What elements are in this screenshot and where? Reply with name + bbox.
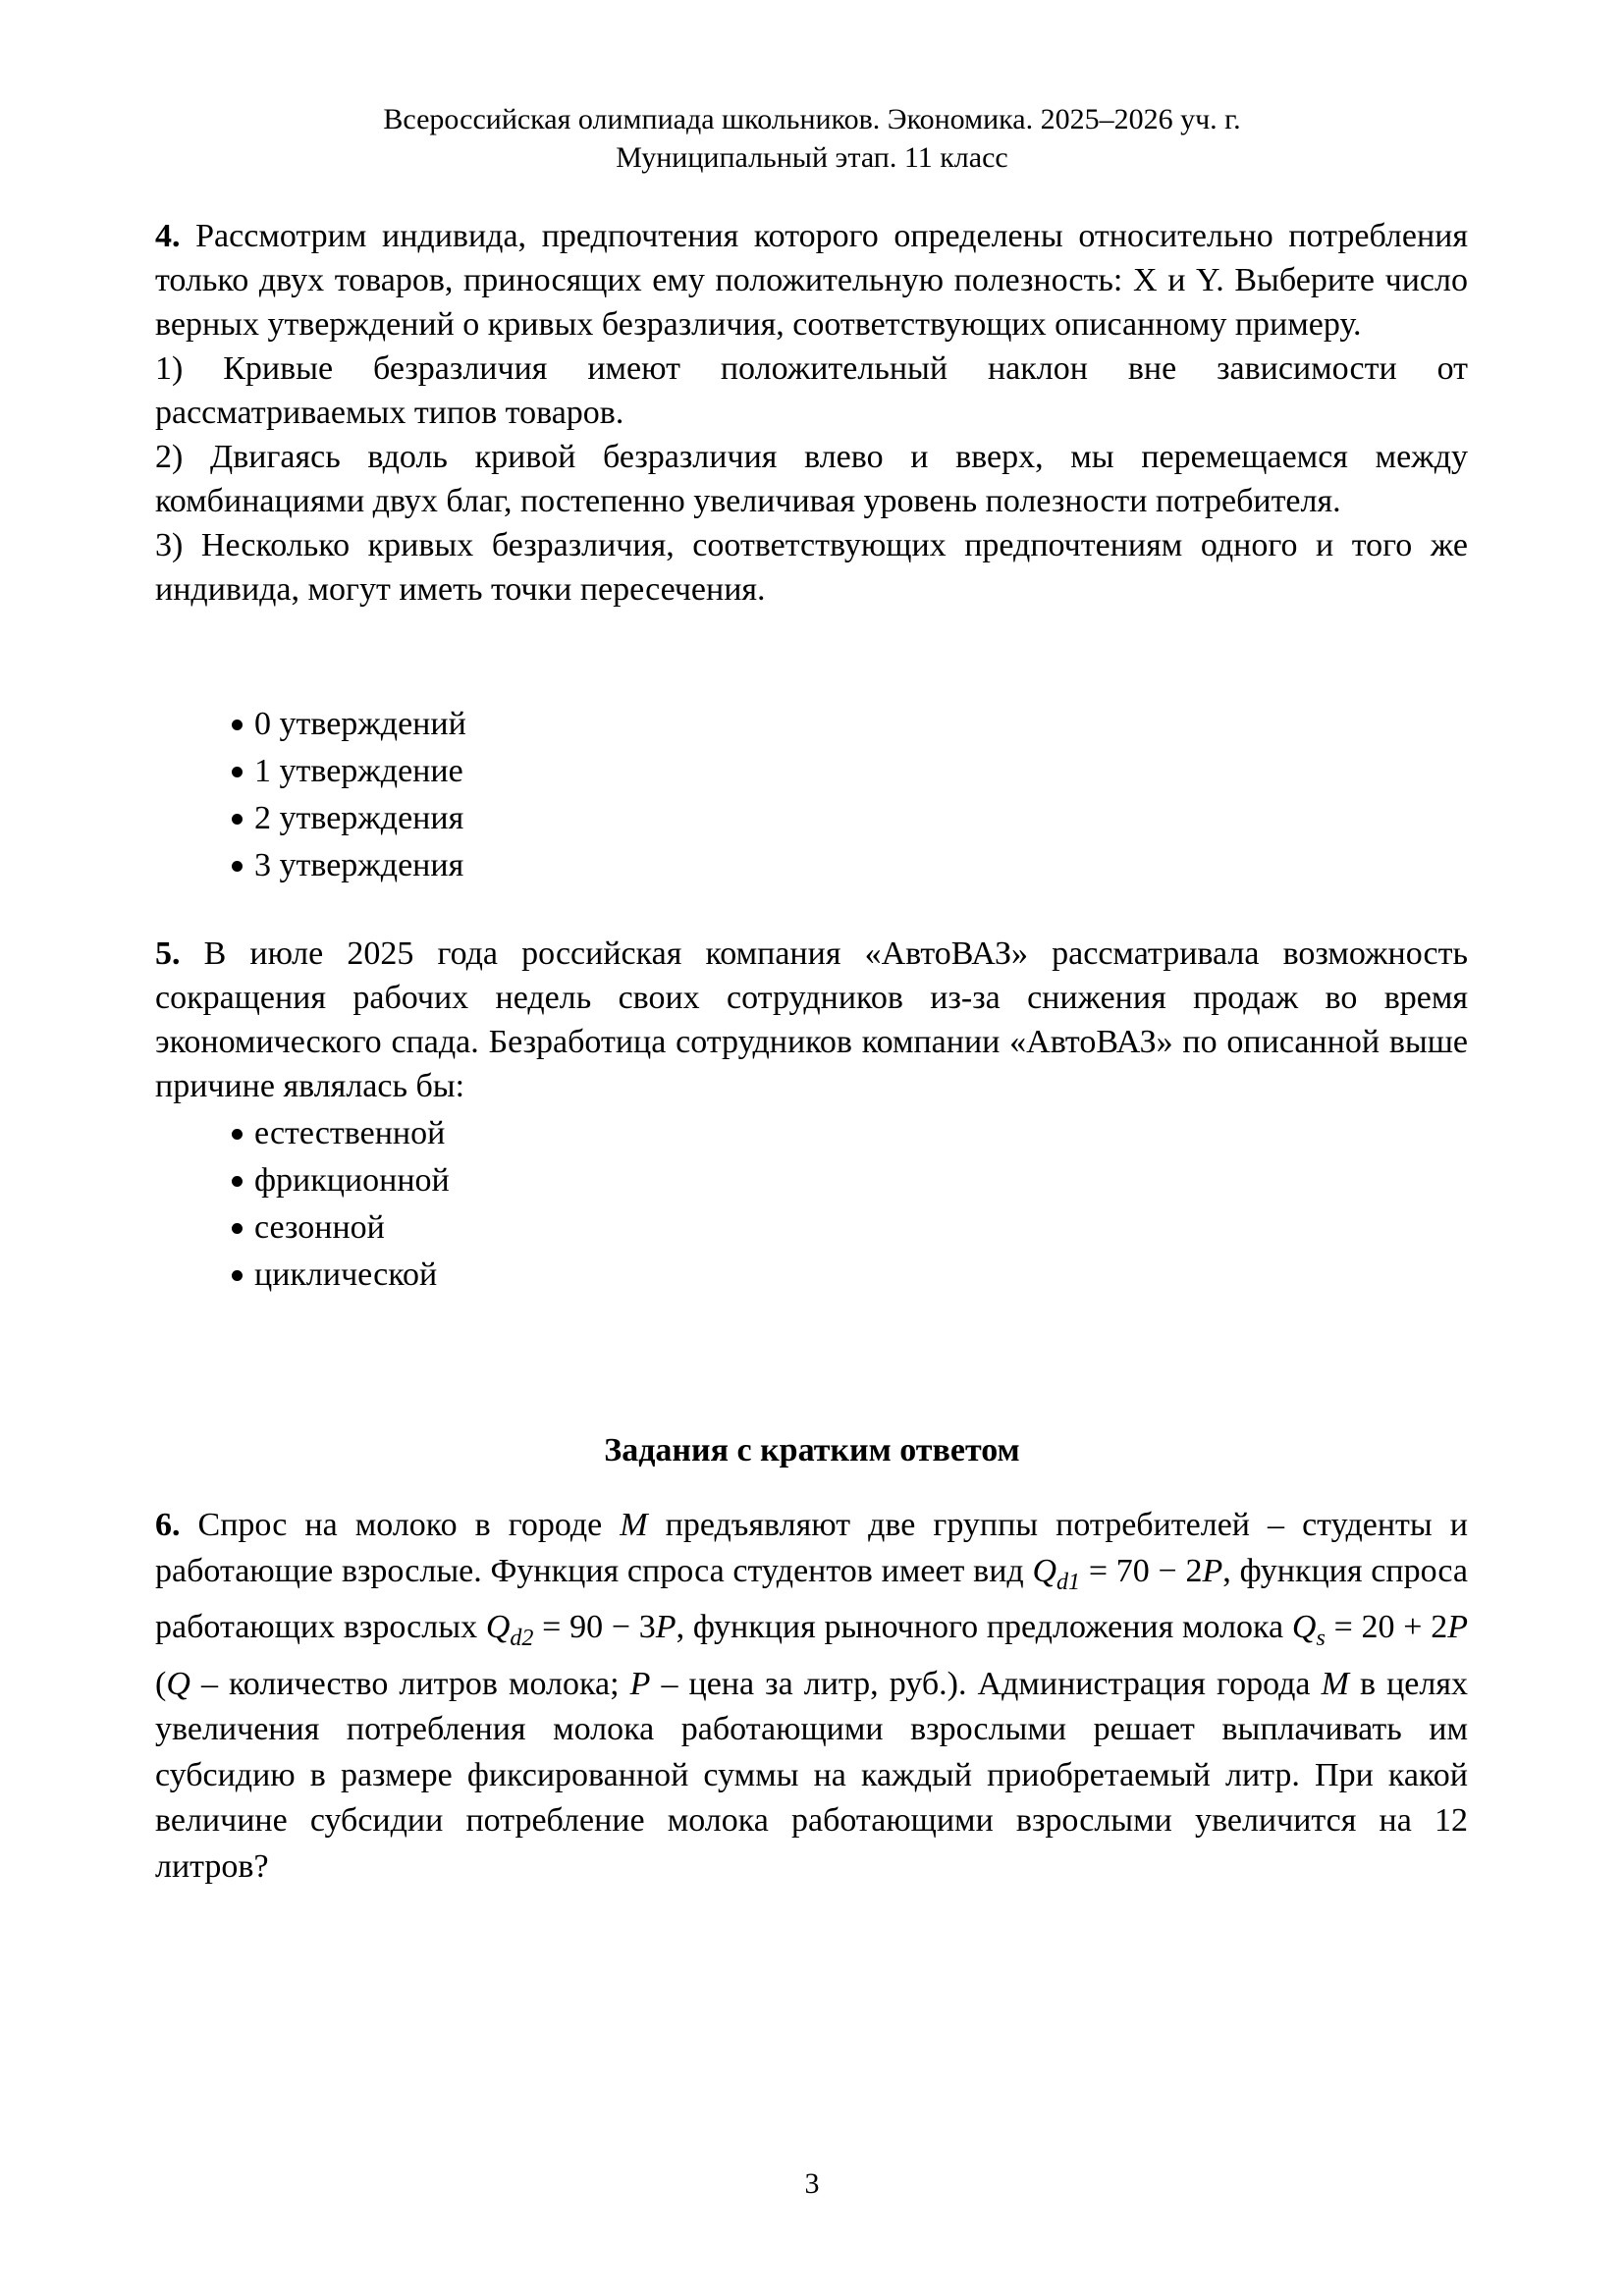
question-4-text: 4. Рассмотрим индивида, предпочтения кот… — [155, 214, 1468, 347]
formula-supply: Qs — [1292, 1609, 1326, 1645]
header-stage: Муниципальный этап. 11 класс — [0, 138, 1624, 177]
bullet-icon — [232, 1176, 243, 1187]
option[interactable]: 0 утверждений — [226, 701, 466, 748]
option[interactable]: 1 утверждение — [226, 748, 466, 795]
question-number: 6. — [155, 1507, 181, 1543]
formula-demand-students: Qd1 — [1032, 1553, 1080, 1589]
option[interactable]: сезонной — [226, 1204, 450, 1252]
statement-2: 2) Двигаясь вдоль кривой безразличия вле… — [155, 435, 1468, 523]
bullet-icon — [232, 767, 243, 777]
option[interactable]: 3 утверждения — [226, 842, 466, 889]
header-olympiad-title: Всероссийская олимпиада школьников. Экон… — [0, 100, 1624, 138]
option[interactable]: естественной — [226, 1110, 450, 1157]
section-heading: Задания с кратким ответом — [0, 1428, 1624, 1473]
bullet-icon — [232, 720, 243, 730]
question-4-options: 0 утверждений 1 утверждение 2 утверждени… — [226, 701, 466, 889]
bullet-icon — [232, 814, 243, 825]
bullet-icon — [232, 1270, 243, 1281]
option[interactable]: 2 утверждения — [226, 795, 466, 842]
question-4: 4. Рассмотрим индивида, предпочтения кот… — [155, 214, 1468, 612]
question-5-options: естественной фрикционной сезонной циклич… — [226, 1110, 450, 1299]
question-6: 6. Спрос на молоко в городе M предъявляю… — [155, 1503, 1468, 1890]
page-number: 3 — [0, 2164, 1624, 2204]
bullet-icon — [232, 861, 243, 872]
question-5-text: 5. В июле 2025 года российская компания … — [155, 932, 1468, 1108]
question-5: 5. В июле 2025 года российская компания … — [155, 932, 1468, 1108]
bullet-icon — [232, 1223, 243, 1234]
option[interactable]: фрикционной — [226, 1157, 450, 1204]
question-number: 5. — [155, 935, 181, 972]
question-number: 4. — [155, 218, 181, 254]
statement-1: 1) Кривые безразличия имеют положительны… — [155, 347, 1468, 435]
formula-demand-adults: Qd2 — [486, 1609, 534, 1645]
page-header: Всероссийская олимпиада школьников. Экон… — [0, 100, 1624, 177]
question-6-text: 6. Спрос на молоко в городе M предъявляю… — [155, 1503, 1468, 1890]
option[interactable]: циклической — [226, 1252, 450, 1299]
bullet-icon — [232, 1129, 243, 1140]
statement-3: 3) Несколько кривых безразличия, соответ… — [155, 523, 1468, 612]
